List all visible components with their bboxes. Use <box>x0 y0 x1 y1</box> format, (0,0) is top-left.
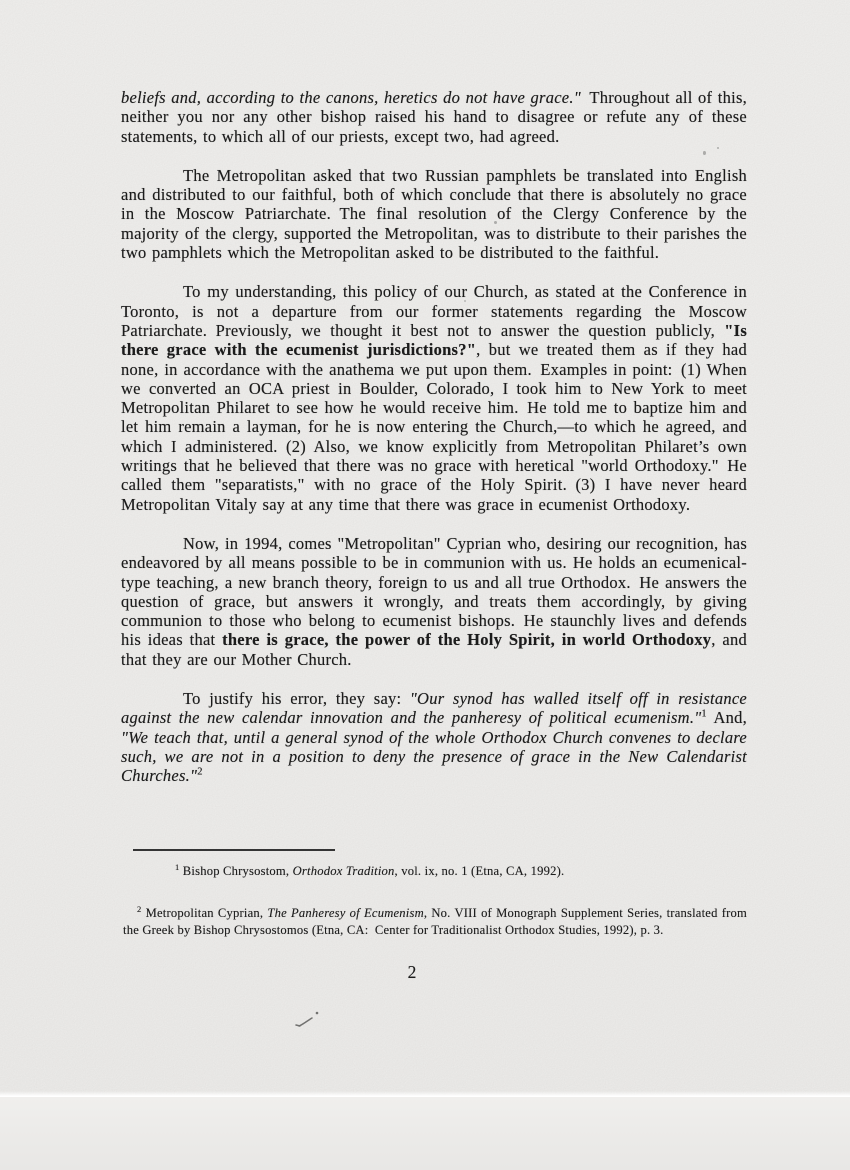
scan-speck <box>703 151 706 155</box>
text-segment-roman: The Metropolitan asked that two Russian … <box>121 166 747 262</box>
footnotes-block: 1 Bishop Chrysostom, Orthodox Tradition,… <box>123 863 747 940</box>
text-segment-roman: To my understanding, this policy of our … <box>121 282 747 340</box>
text-segment-bold: there is grace, the power of the Holy Sp… <box>222 630 711 649</box>
text-segment-italic: "We teach that, until a general synod of… <box>121 728 747 786</box>
body-paragraph: The Metropolitan asked that two Russian … <box>121 166 747 262</box>
page-number: 2 <box>0 962 824 983</box>
scan-speck <box>717 147 719 149</box>
text-segment-italic: beliefs and, according to the canons, he… <box>121 88 581 107</box>
text-segment-italic: The Panheresy of Ecumenism <box>267 906 423 920</box>
footnote-separator <box>133 849 335 851</box>
body-paragraph: beliefs and, according to the canons, he… <box>121 88 747 146</box>
text-segment-roman: Metropolitan Cyprian, <box>141 906 267 920</box>
scan-speck <box>585 741 587 743</box>
body-paragraph: Now, in 1994, comes "Metropolitan" Cypri… <box>121 534 747 669</box>
scan-speck <box>494 221 497 224</box>
text-segment-roman: And, <box>707 708 747 727</box>
letter-body: beliefs and, according to the canons, he… <box>121 88 747 806</box>
text-segment-roman: , vol. ix, no. 1 (Etna, CA, 1992). <box>395 864 565 878</box>
scan-speck <box>464 300 466 302</box>
body-paragraph: To justify his error, they say: "Our syn… <box>121 689 747 785</box>
text-segment-roman: Bishop Chrysostom, <box>179 864 292 878</box>
text-segment-italic: Orthodox Tradition <box>293 864 395 878</box>
body-paragraph: To my understanding, this policy of our … <box>121 282 747 514</box>
ink-mark <box>292 1006 326 1030</box>
footnote: 1 Bishop Chrysostom, Orthodox Tradition,… <box>123 863 747 881</box>
scanner-background <box>0 1097 850 1170</box>
text-segment-sup: 2 <box>197 767 203 778</box>
footnote: 2 Metropolitan Cyprian, The Panheresy of… <box>123 905 747 940</box>
scanned-letter-page: beliefs and, according to the canons, he… <box>0 0 850 1170</box>
text-segment-roman: , but we treated them as if they had non… <box>121 340 747 513</box>
text-segment-roman: To justify his error, they say: <box>183 689 410 708</box>
